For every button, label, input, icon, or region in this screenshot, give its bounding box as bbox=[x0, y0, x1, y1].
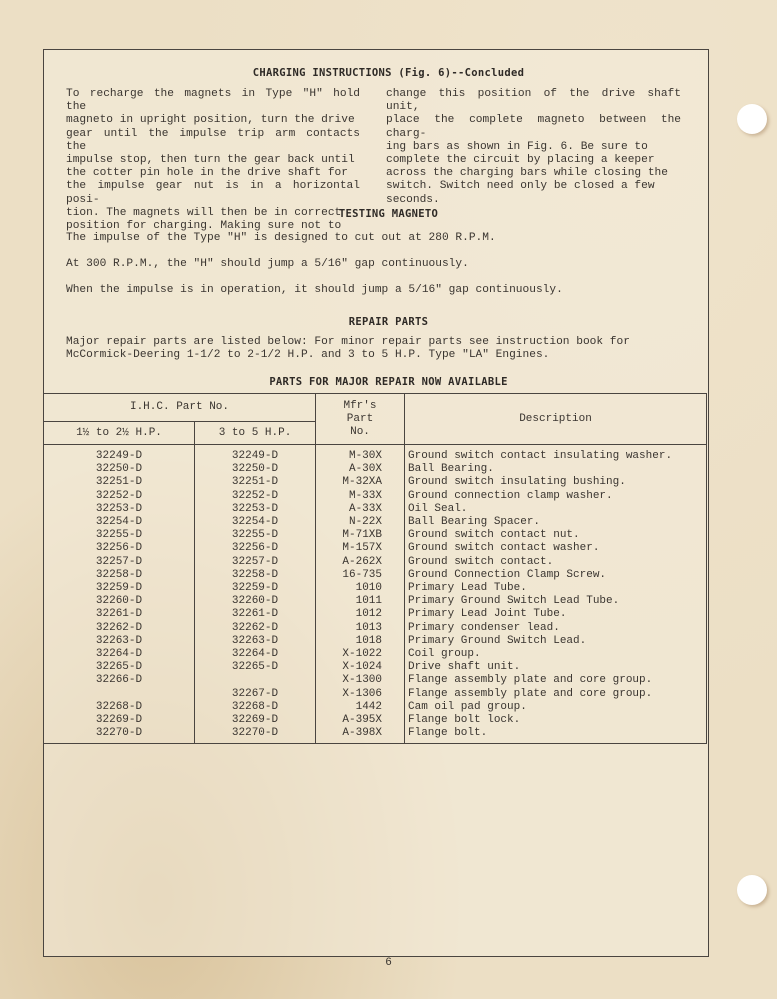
mfr-part-no: 1013 bbox=[316, 622, 405, 635]
small-hp-part-no: 32263-D bbox=[44, 635, 195, 648]
large-hp-part-no: 32255-D bbox=[195, 529, 316, 542]
mfr-part-no-header: Mfr's Part No. bbox=[316, 394, 405, 445]
large-hp-part-no bbox=[195, 674, 316, 687]
mfr-part-no: 1010 bbox=[316, 582, 405, 595]
parts-table-body: 32249-D32249-DM-30XGround switch contact… bbox=[44, 445, 707, 744]
large-hp-part-no: 32269-D bbox=[195, 714, 316, 727]
small-hp-part-no: 32253-D bbox=[44, 503, 195, 516]
part-description: Primary Lead Tube. bbox=[405, 582, 707, 595]
large-hp-part-no: 32265-D bbox=[195, 661, 316, 674]
table-row: 32267-DX-1306Flange assembly plate and c… bbox=[44, 688, 707, 701]
mfr-part-no: A-395X bbox=[316, 714, 405, 727]
part-description: Ball Bearing. bbox=[405, 463, 707, 476]
mfr-part-no: A-262X bbox=[316, 556, 405, 569]
table-row: 32270-D32270-DA-398XFlange bolt. bbox=[44, 727, 707, 744]
repair-parts-text: Major repair parts are listed below: For… bbox=[66, 336, 681, 362]
large-hp-part-no: 32259-D bbox=[195, 582, 316, 595]
small-hp-part-no: 32265-D bbox=[44, 661, 195, 674]
table-row: 32251-D32251-DM-32XAGround switch insula… bbox=[44, 476, 707, 489]
table-row: 32266-DX-1300Flange assembly plate and c… bbox=[44, 674, 707, 687]
mfr-part-no: A-33X bbox=[316, 503, 405, 516]
mfr-part-no: X-1022 bbox=[316, 648, 405, 661]
large-hp-part-no: 32267-D bbox=[195, 688, 316, 701]
small-hp-part-no: 32250-D bbox=[44, 463, 195, 476]
large-hp-part-no: 32254-D bbox=[195, 516, 316, 529]
small-hp-part-no: 32261-D bbox=[44, 608, 195, 621]
parts-table: I.H.C. Part No. Mfr's Part No. Descripti… bbox=[43, 393, 707, 744]
charging-instructions-heading: CHARGING INSTRUCTIONS (Fig. 6)--Conclude… bbox=[0, 67, 777, 79]
small-hp-part-no: 32251-D bbox=[44, 476, 195, 489]
testing-line-1: The impulse of the Type "H" is designed … bbox=[66, 232, 496, 244]
large-hp-part-no: 32264-D bbox=[195, 648, 316, 661]
part-description: Ground switch contact nut. bbox=[405, 529, 707, 542]
large-hp-part-no: 32250-D bbox=[195, 463, 316, 476]
part-description: Oil Seal. bbox=[405, 503, 707, 516]
part-description: Flange bolt. bbox=[405, 727, 707, 744]
table-row: 32250-D32250-DA-30XBall Bearing. bbox=[44, 463, 707, 476]
table-row: 32260-D32260-D1011Primary Ground Switch … bbox=[44, 595, 707, 608]
table-row: 32261-D32261-D1012Primary Lead Joint Tub… bbox=[44, 608, 707, 621]
table-row: 32268-D32268-D1442Cam oil pad group. bbox=[44, 701, 707, 714]
table-row: 32259-D32259-D1010Primary Lead Tube. bbox=[44, 582, 707, 595]
table-row: 32252-D32252-DM-33XGround connection cla… bbox=[44, 490, 707, 503]
description-header: Description bbox=[405, 394, 707, 445]
part-description: Ball Bearing Spacer. bbox=[405, 516, 707, 529]
mfr-part-no: 16-735 bbox=[316, 569, 405, 582]
mfr-part-no: M-157X bbox=[316, 542, 405, 555]
part-description: Flange assembly plate and core group. bbox=[405, 674, 707, 687]
small-hp-part-no: 32262-D bbox=[44, 622, 195, 635]
part-description: Coil group. bbox=[405, 648, 707, 661]
table-row: 32262-D32262-D1013Primary condenser lead… bbox=[44, 622, 707, 635]
small-hp-part-no: 32266-D bbox=[44, 674, 195, 687]
ihc-part-no-header: I.H.C. Part No. bbox=[44, 394, 316, 422]
large-hp-part-no: 32249-D bbox=[195, 445, 316, 464]
large-hp-part-no: 32261-D bbox=[195, 608, 316, 621]
table-row: 32269-D32269-DA-395XFlange bolt lock. bbox=[44, 714, 707, 727]
large-hp-part-no: 32268-D bbox=[195, 701, 316, 714]
mfr-part-no: 1018 bbox=[316, 635, 405, 648]
repair-parts-heading: REPAIR PARTS bbox=[0, 316, 777, 328]
parts-table-title: PARTS FOR MAJOR REPAIR NOW AVAILABLE bbox=[0, 376, 777, 388]
small-hp-part-no: 32270-D bbox=[44, 727, 195, 744]
part-description: Drive shaft unit. bbox=[405, 661, 707, 674]
small-hp-part-no: 32264-D bbox=[44, 648, 195, 661]
table-row: 32258-D32258-D16-735Ground Connection Cl… bbox=[44, 569, 707, 582]
part-description: Ground connection clamp washer. bbox=[405, 490, 707, 503]
table-row: 32254-D32254-DN-22XBall Bearing Spacer. bbox=[44, 516, 707, 529]
mfr-part-no: A-398X bbox=[316, 727, 405, 744]
small-hp-part-no: 32256-D bbox=[44, 542, 195, 555]
large-hp-part-no: 32263-D bbox=[195, 635, 316, 648]
small-hp-part-no: 32268-D bbox=[44, 701, 195, 714]
large-hp-part-no: 32262-D bbox=[195, 622, 316, 635]
table-row: 32264-D32264-DX-1022Coil group. bbox=[44, 648, 707, 661]
part-description: Ground switch contact insulating washer. bbox=[405, 445, 707, 464]
mfr-part-no: X-1300 bbox=[316, 674, 405, 687]
small-hp-part-no: 32258-D bbox=[44, 569, 195, 582]
mfr-part-no: M-71XB bbox=[316, 529, 405, 542]
part-description: Ground switch contact washer. bbox=[405, 542, 707, 555]
small-hp-part-no: 32257-D bbox=[44, 556, 195, 569]
testing-magneto-heading: TESTING MAGNETO bbox=[0, 208, 777, 220]
part-description: Ground switch insulating bushing. bbox=[405, 476, 707, 489]
small-hp-part-no: 32269-D bbox=[44, 714, 195, 727]
large-hp-part-no: 32253-D bbox=[195, 503, 316, 516]
small-hp-part-no: 32259-D bbox=[44, 582, 195, 595]
small-hp-part-no: 32252-D bbox=[44, 490, 195, 503]
testing-line-3: When the impulse is in operation, it sho… bbox=[66, 284, 563, 296]
table-row: 32263-D32263-D1018Primary Ground Switch … bbox=[44, 635, 707, 648]
part-description: Ground Connection Clamp Screw. bbox=[405, 569, 707, 582]
table-row: 32265-D32265-DX-1024Drive shaft unit. bbox=[44, 661, 707, 674]
table-row: 32256-D32256-DM-157XGround switch contac… bbox=[44, 542, 707, 555]
small-hp-header: 1½ to 2½ H.P. bbox=[44, 422, 195, 445]
small-hp-part-no: 32249-D bbox=[44, 445, 195, 464]
page-number: 6 bbox=[0, 956, 777, 968]
part-description: Flange bolt lock. bbox=[405, 714, 707, 727]
part-description: Primary Ground Switch Lead Tube. bbox=[405, 595, 707, 608]
large-hp-part-no: 32260-D bbox=[195, 595, 316, 608]
mfr-part-no: X-1306 bbox=[316, 688, 405, 701]
table-row: 32249-D32249-DM-30XGround switch contact… bbox=[44, 445, 707, 464]
large-hp-part-no: 32257-D bbox=[195, 556, 316, 569]
large-hp-part-no: 32258-D bbox=[195, 569, 316, 582]
part-description: Primary Ground Switch Lead. bbox=[405, 635, 707, 648]
small-hp-part-no: 32255-D bbox=[44, 529, 195, 542]
large-hp-part-no: 32251-D bbox=[195, 476, 316, 489]
part-description: Ground switch contact. bbox=[405, 556, 707, 569]
part-description: Primary Lead Joint Tube. bbox=[405, 608, 707, 621]
small-hp-part-no: 32260-D bbox=[44, 595, 195, 608]
mfr-part-no: N-22X bbox=[316, 516, 405, 529]
large-hp-part-no: 32252-D bbox=[195, 490, 316, 503]
binder-hole-top bbox=[737, 104, 767, 134]
mfr-part-no: 1012 bbox=[316, 608, 405, 621]
large-hp-part-no: 32270-D bbox=[195, 727, 316, 744]
testing-line-2: At 300 R.P.M., the "H" should jump a 5/1… bbox=[66, 258, 469, 270]
part-description: Primary condenser lead. bbox=[405, 622, 707, 635]
table-row: 32255-D32255-DM-71XBGround switch contac… bbox=[44, 529, 707, 542]
table-row: 32257-D32257-DA-262XGround switch contac… bbox=[44, 556, 707, 569]
small-hp-part-no: 32254-D bbox=[44, 516, 195, 529]
small-hp-part-no bbox=[44, 688, 195, 701]
mfr-part-no: M-30X bbox=[316, 445, 405, 464]
charging-right-column: change this position of the drive shaft … bbox=[386, 88, 681, 207]
large-hp-part-no: 32256-D bbox=[195, 542, 316, 555]
mfr-part-no: A-30X bbox=[316, 463, 405, 476]
mfr-part-no: 1011 bbox=[316, 595, 405, 608]
binder-hole-bottom bbox=[737, 875, 767, 905]
part-description: Cam oil pad group. bbox=[405, 701, 707, 714]
mfr-part-no: M-33X bbox=[316, 490, 405, 503]
mfr-part-no: X-1024 bbox=[316, 661, 405, 674]
mfr-part-no: 1442 bbox=[316, 701, 405, 714]
large-hp-header: 3 to 5 H.P. bbox=[195, 422, 316, 445]
part-description: Flange assembly plate and core group. bbox=[405, 688, 707, 701]
table-row: 32253-D32253-DA-33XOil Seal. bbox=[44, 503, 707, 516]
mfr-part-no: M-32XA bbox=[316, 476, 405, 489]
